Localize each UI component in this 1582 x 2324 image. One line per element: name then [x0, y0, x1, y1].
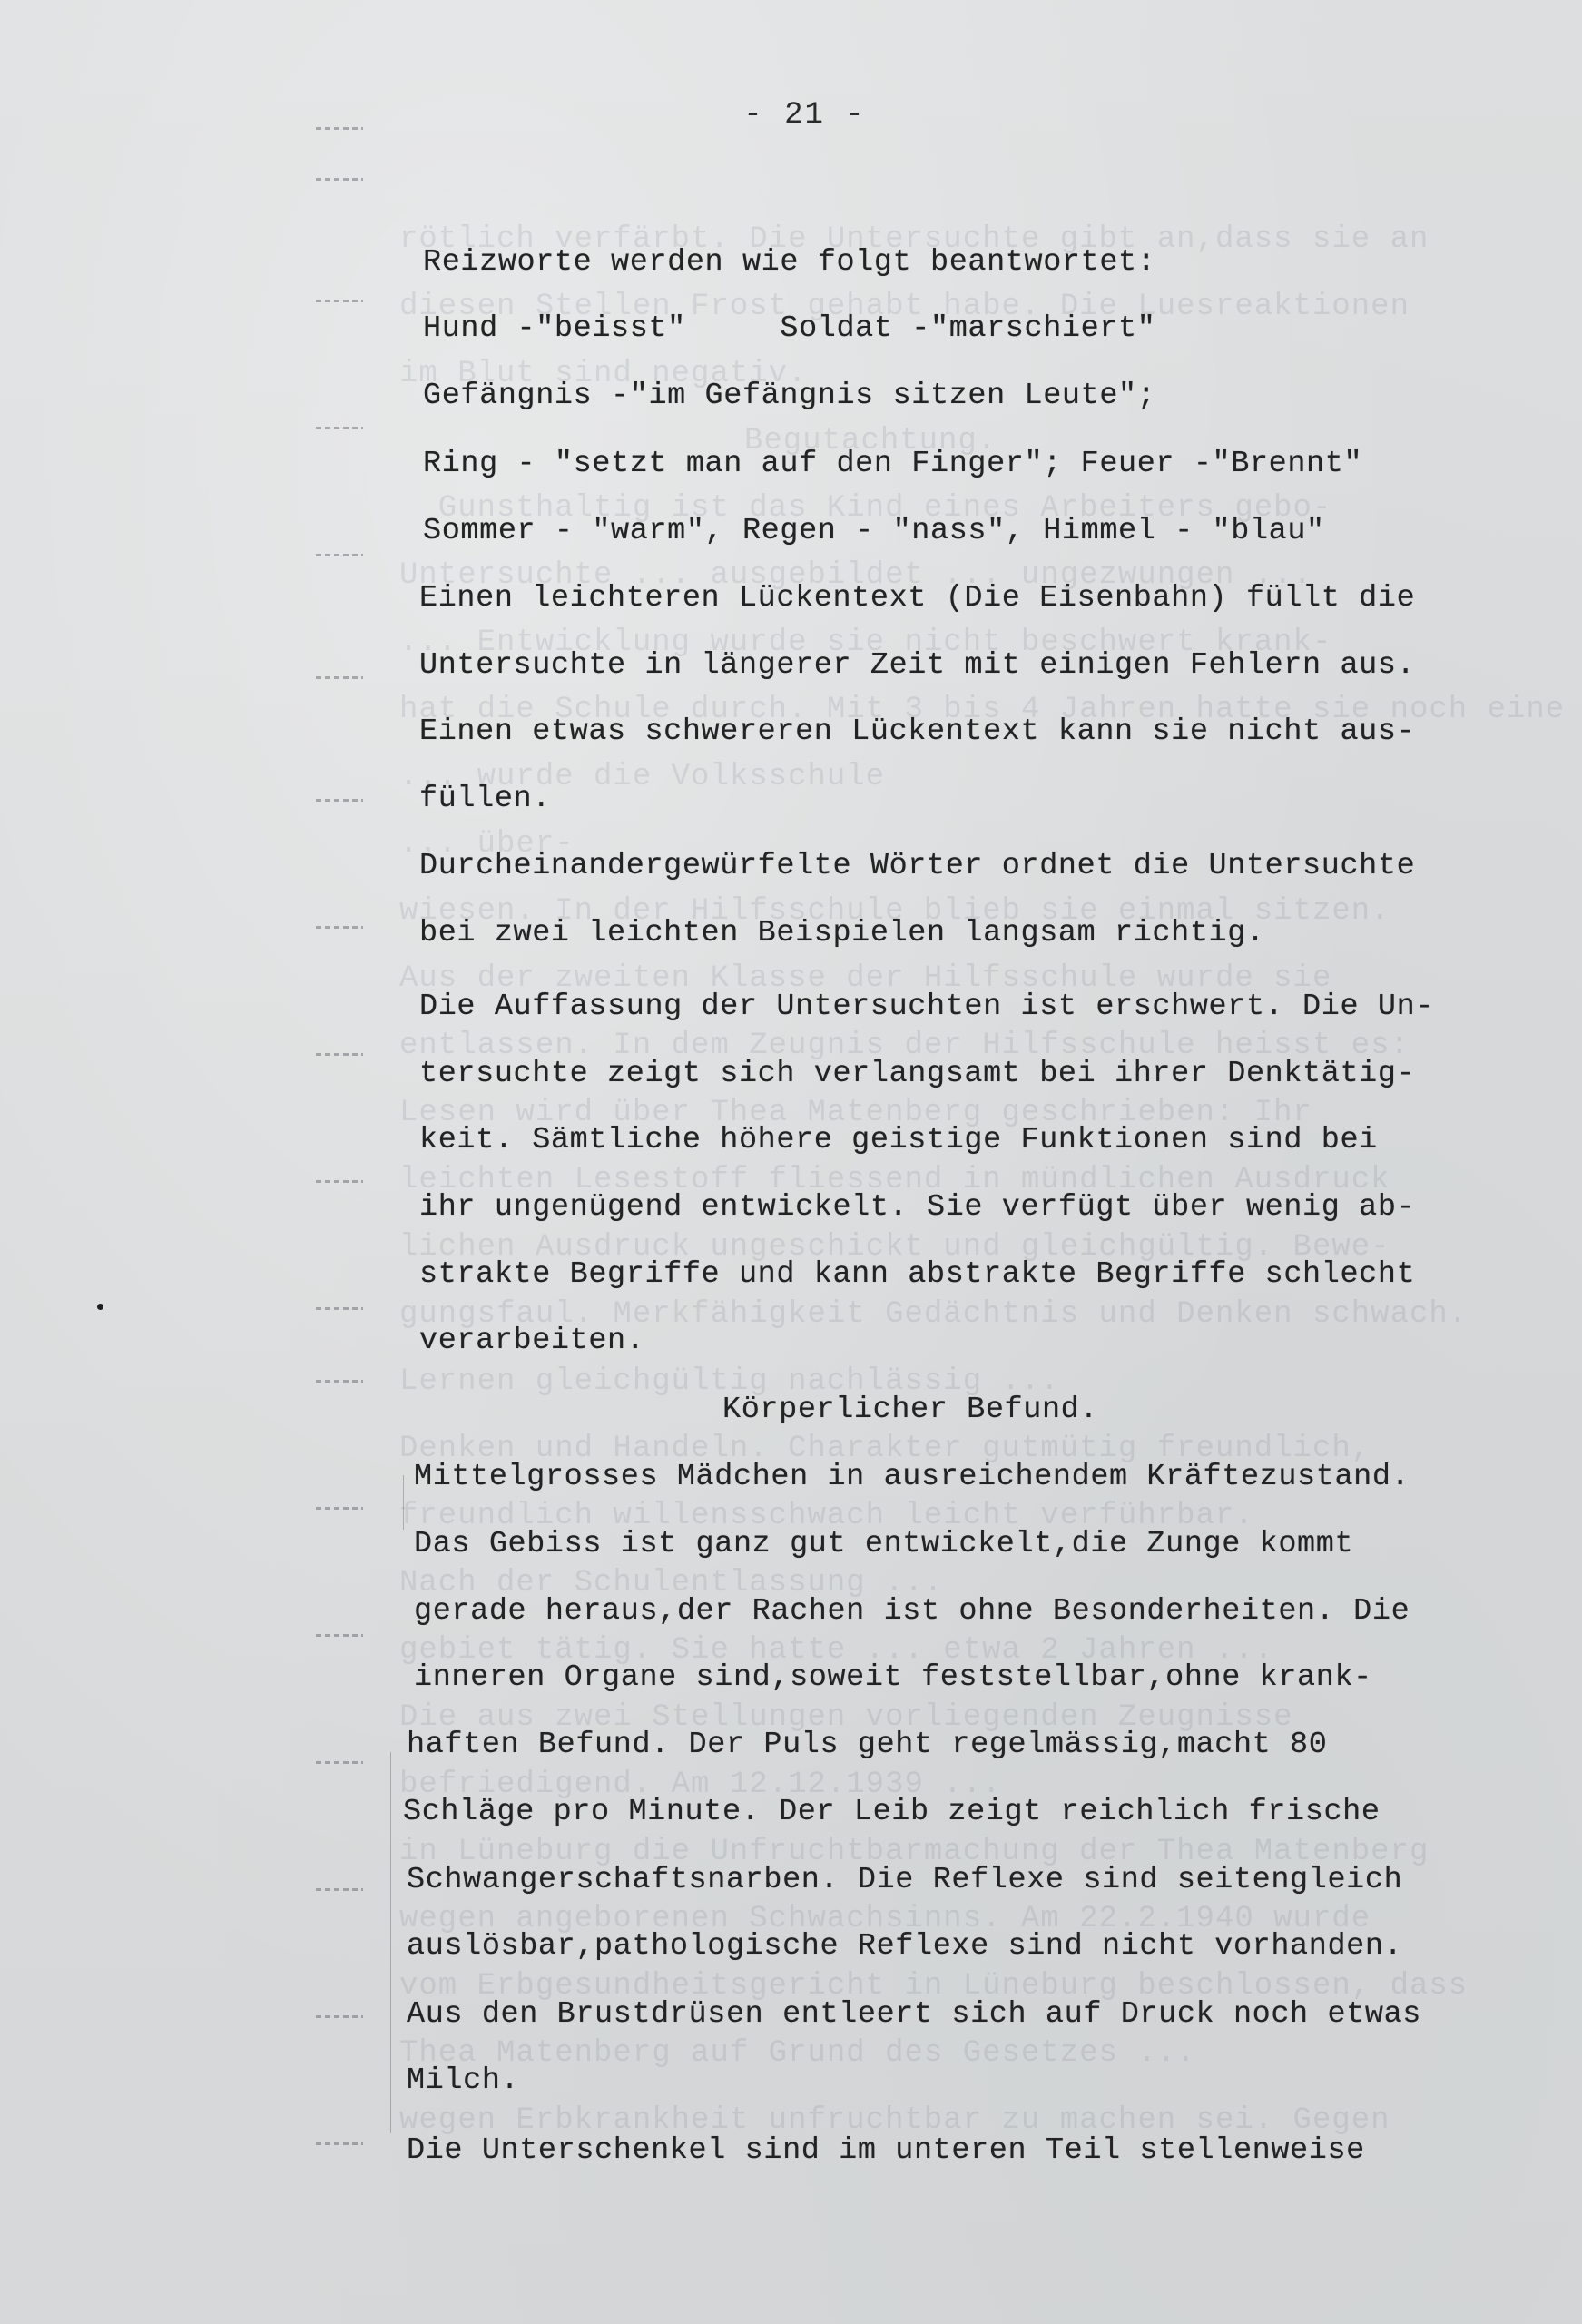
margin-tick: [316, 554, 363, 556]
document-page: rötlich verfärbt. Die Untersuchte gibt a…: [0, 0, 1582, 2324]
text-line: Untersuchte in längerer Zeit mit einigen…: [419, 648, 1415, 683]
text-line: Gefängnis -"im Gefängnis sitzen Leute";: [423, 379, 1155, 413]
text-line: Einen leichteren Lückentext (Die Eisenba…: [419, 581, 1415, 615]
margin-tick: [316, 799, 363, 802]
text-line: bei zwei leichten Beispielen langsam ric…: [419, 916, 1265, 950]
text-line: Aus den Brustdrüsen entleert sich auf Dr…: [407, 1997, 1421, 2032]
margin-tick: [316, 2142, 363, 2145]
text-line: Schwangerschaftsnarben. Die Reflexe sind…: [407, 1863, 1402, 1897]
text-line: haften Befund. Der Puls geht regelmässig…: [407, 1728, 1327, 1762]
text-line: Durcheinandergewürfelte Wörter ordnet di…: [419, 849, 1415, 883]
text-line: ihr ungenügend entwickelt. Sie verfügt ü…: [419, 1190, 1415, 1225]
text-line: Sommer - "warm", Regen - "nass", Himmel …: [423, 514, 1325, 548]
margin-tick: [316, 1507, 363, 1510]
margin-tick: [316, 178, 363, 181]
text-line: strakte Begriffe und kann abstrakte Begr…: [419, 1257, 1415, 1292]
text-line: Mittelgrosses Mädchen in ausreichendem K…: [414, 1460, 1410, 1494]
text-line: Die Auffassung der Untersuchten ist ersc…: [419, 990, 1434, 1024]
text-line: Einen etwas schwereren Lückentext kann s…: [419, 714, 1415, 749]
text-line: auslösbar,pathologische Reflexe sind nic…: [407, 1929, 1402, 1964]
text-line: gerade heraus,der Rachen ist ohne Besond…: [414, 1594, 1410, 1629]
stray-ink-dot: [97, 1304, 103, 1310]
text-line: Milch.: [407, 2063, 519, 2098]
text-line: Die Unterschenkel sind im unteren Teil s…: [407, 2133, 1365, 2168]
margin-tick: [316, 1307, 363, 1310]
margin-tick: [316, 2015, 363, 2018]
text-line: Hund -"beisst" Soldat -"marschiert": [423, 311, 1155, 346]
margin-tick: [316, 1180, 363, 1183]
margin-tick: [316, 1761, 363, 1764]
left-margin-rule: [390, 1752, 391, 2133]
margin-tick: [316, 300, 363, 302]
page-number: - 21 -: [0, 98, 1582, 133]
text-line: inneren Organe sind,soweit feststellbar,…: [414, 1660, 1372, 1695]
text-line: füllen.: [419, 782, 551, 816]
margin-tick: [316, 427, 363, 429]
section-heading: Körperlicher Befund.: [722, 1393, 1098, 1427]
text-line: Reizworte werden wie folgt beantwortet:: [423, 245, 1155, 280]
margin-tick: [316, 1053, 363, 1056]
margin-tick: [316, 1380, 363, 1383]
text-line: Schläge pro Minute. Der Leib zeigt reich…: [403, 1795, 1381, 1829]
text-line: Das Gebiss ist ganz gut entwickelt,die Z…: [414, 1527, 1353, 1561]
margin-tick: [316, 1634, 363, 1637]
margin-tick: [316, 676, 363, 679]
text-line: verarbeiten.: [419, 1324, 644, 1358]
margin-tick: [316, 926, 363, 929]
text-line: keit. Sämtliche höhere geistige Funktion…: [419, 1123, 1378, 1157]
text-line: tersuchte zeigt sich verlangsamt bei ihr…: [419, 1057, 1415, 1091]
text-line: Ring - "setzt man auf den Finger"; Feuer…: [423, 447, 1362, 481]
margin-tick: [316, 1888, 363, 1891]
